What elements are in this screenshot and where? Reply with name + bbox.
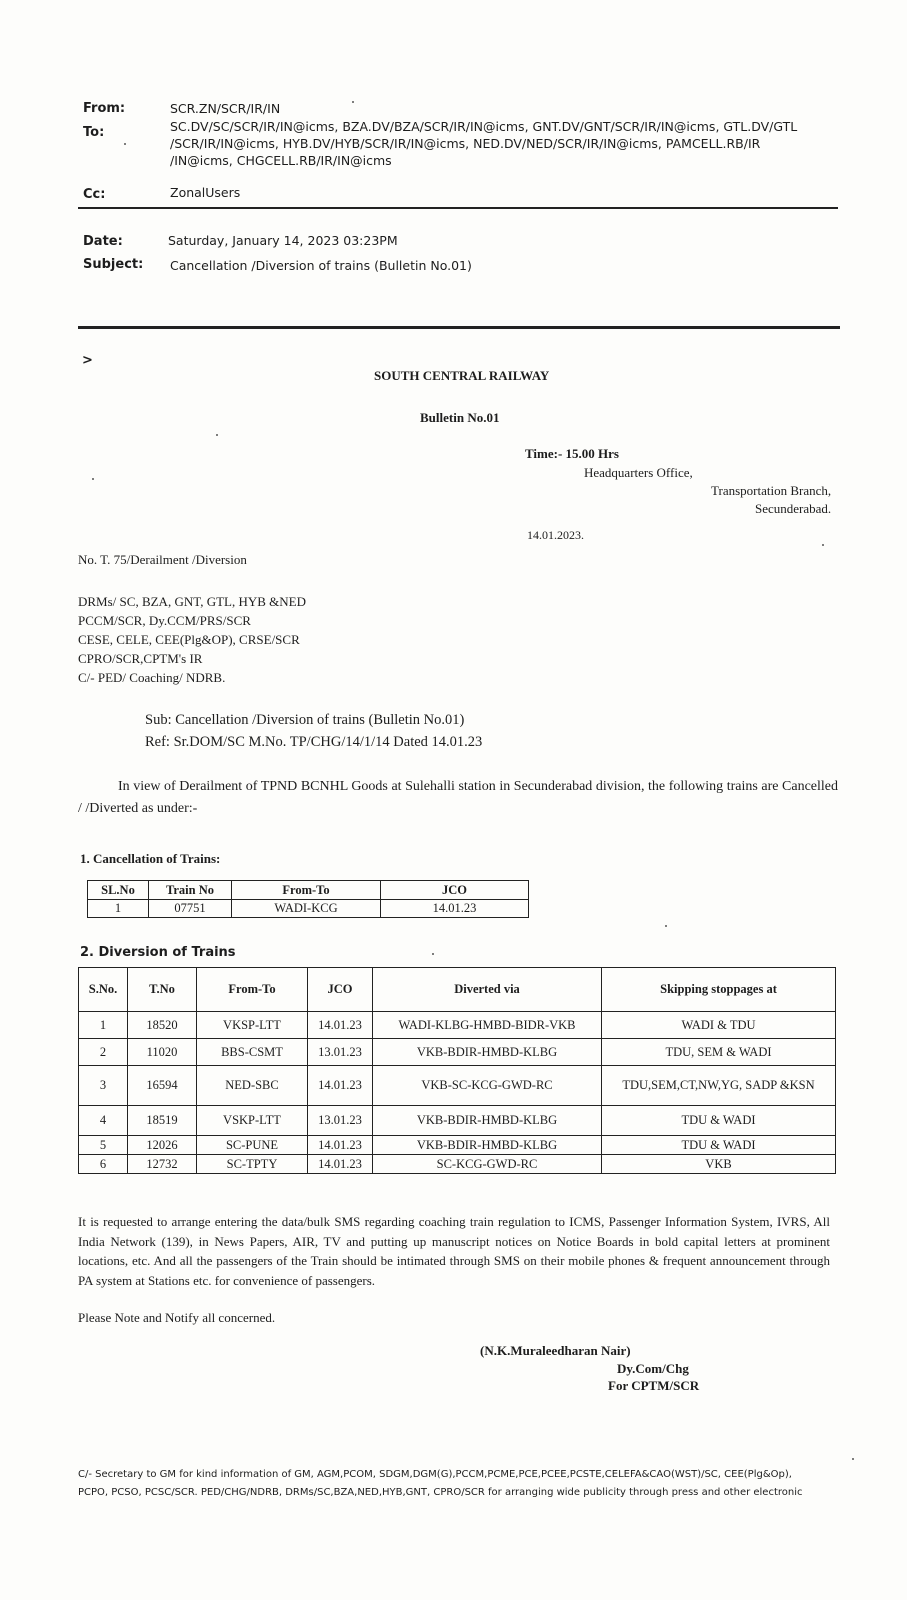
note-line: Please Note and Notify all concerned. xyxy=(78,1310,275,1326)
bulletin-time: Time:- 15.00 Hrs xyxy=(525,446,619,462)
body-divider xyxy=(78,326,840,329)
table-row: 211020BBS-CSMT13.01.23VKB-BDIR-HMBD-KLBG… xyxy=(79,1039,836,1066)
diversion-table: S.No. T.No From-To JCO Diverted via Skip… xyxy=(78,967,836,1174)
addressee-list: DRMs/ SC, BZA, GNT, GTL, HYB &NED PCCM/S… xyxy=(78,592,306,687)
addressee: CESE, CELE, CEE(Plg&OP), CRSE/SCR xyxy=(78,630,306,649)
cancellation-table: SL.No Train No From-To JCO 1 07751 WADI-… xyxy=(87,880,529,918)
org-name: SOUTH CENTRAL RAILWAY xyxy=(374,368,549,384)
table-row: 316594NED-SBC14.01.23VKB-SC-KCG-GWD-RCTD… xyxy=(79,1066,836,1106)
scan-speck xyxy=(216,434,218,436)
signatory-for: For CPTM/SCR xyxy=(608,1378,699,1394)
cc-value: ZonalUsers xyxy=(170,184,240,201)
request-paragraph: It is requested to arrange entering the … xyxy=(78,1212,830,1290)
date-label: Date: xyxy=(83,234,123,249)
addressee: PCCM/SCR, Dy.CCM/PRS/SCR xyxy=(78,611,306,630)
header-divider xyxy=(78,207,838,209)
diversion-heading: 2. Diversion of Trains xyxy=(80,945,236,960)
scan-speck xyxy=(432,953,434,955)
table-row: 418519VSKP-LTT13.01.23VKB-BDIR-HMBD-KLBG… xyxy=(79,1106,836,1136)
scan-speck xyxy=(822,544,824,546)
scan-speck xyxy=(852,1458,854,1460)
to-label: To: xyxy=(83,125,104,140)
table-row: 512026SC-PUNE14.01.23VKB-BDIR-HMBD-KLBGT… xyxy=(79,1136,836,1155)
city-name: Secunderabad. xyxy=(755,501,831,517)
signatory-name: (N.K.Muraleedharan Nair) xyxy=(480,1343,631,1359)
subject-line: Sub: Cancellation /Diversion of trains (… xyxy=(145,712,464,729)
copy-to-list: C/- Secretary to GM for kind information… xyxy=(78,1466,823,1502)
table-row: 1 07751 WADI-KCG 14.01.23 xyxy=(88,900,529,918)
cc-label: Cc: xyxy=(83,187,105,202)
table-row: 612732SC-TPTY14.01.23SC-KCG-GWD-RCVKB xyxy=(79,1155,836,1174)
addressee: CPRO/SCR,CPTM's IR xyxy=(78,649,306,668)
addressee: DRMs/ SC, BZA, GNT, GTL, HYB &NED xyxy=(78,592,306,611)
from-value: SCR.ZN/SCR/IR/IN xyxy=(170,100,280,117)
table-row: 118520VKSP-LTT14.01.23WADI-KLBG-HMBD-BID… xyxy=(79,1012,836,1039)
subject-label: Subject: xyxy=(83,257,143,272)
cancellation-heading: 1. Cancellation of Trains: xyxy=(80,851,220,867)
letter-date: 14.01.2023. xyxy=(527,528,584,543)
signatory-designation: Dy.Com/Chg xyxy=(617,1361,689,1377)
date-value: Saturday, January 14, 2023 03:23PM xyxy=(168,232,398,249)
scan-speck xyxy=(352,101,354,103)
col-header: From-To xyxy=(232,881,381,900)
to-value: SC.DV/SC/SCR/IR/IN@icms, BZA.DV/BZA/SCR/… xyxy=(170,118,820,169)
reference-number: No. T. 75/Derailment /Diversion xyxy=(78,552,247,568)
bulletin-number: Bulletin No.01 xyxy=(420,410,499,426)
col-header: Train No xyxy=(149,881,232,900)
intro-paragraph: In view of Derailment of TPND BCNHL Good… xyxy=(78,776,838,820)
addressee: C/- PED/ Coaching/ NDRB. xyxy=(78,668,306,687)
col-header: JCO xyxy=(381,881,529,900)
branch-name: Transportation Branch, xyxy=(711,483,831,499)
expand-chevron-icon[interactable]: > xyxy=(82,353,93,368)
col-header: SL.No xyxy=(88,881,149,900)
scan-speck xyxy=(665,925,667,927)
from-label: From: xyxy=(83,101,125,116)
subject-value: Cancellation /Diversion of trains (Bulle… xyxy=(170,257,472,274)
office-name: Headquarters Office, xyxy=(584,465,693,481)
scan-speck xyxy=(124,143,126,145)
reference-line: Ref: Sr.DOM/SC M.No. TP/CHG/14/1/14 Date… xyxy=(145,734,482,751)
scan-speck xyxy=(92,478,94,480)
